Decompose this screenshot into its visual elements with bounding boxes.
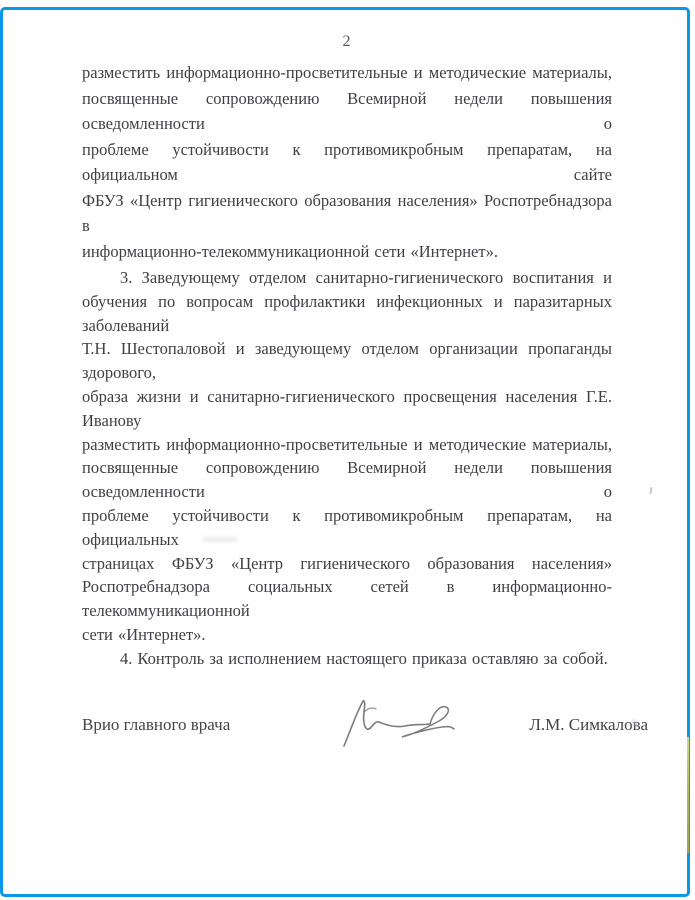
text-line: разместить информационно-просветительные… bbox=[82, 60, 612, 86]
text-line: 3. Заведующему отделом санитарно-гигиени… bbox=[82, 266, 612, 290]
text-line: образа жизни и санитарно-гигиенического … bbox=[82, 385, 612, 433]
text-line: страницах ФБУЗ «Центр гигиенического обр… bbox=[82, 552, 612, 576]
page-number: 2 bbox=[82, 30, 612, 54]
signer-name: Л.М. Симкалова bbox=[529, 714, 648, 736]
scanned-document-page: 2 разместить информационно-просветительн… bbox=[0, 0, 695, 900]
scan-smudge bbox=[203, 537, 237, 542]
text-line: посвященные сопровождению Всемирной неде… bbox=[82, 456, 612, 504]
paragraph-point-2-continuation: разместить информационно-просветительные… bbox=[82, 60, 612, 264]
text-line: обучения по вопросам профилактики инфекц… bbox=[82, 290, 612, 338]
text-line: сети «Интернет». bbox=[82, 623, 612, 647]
signature-block: Врио главного врача Л.М. Симкалова bbox=[82, 714, 648, 736]
text-line: разместить информационно-просветительные… bbox=[82, 433, 612, 457]
scan-edge-artifact-yellow-streak bbox=[687, 737, 689, 853]
handwritten-signature-icon bbox=[340, 696, 460, 748]
text-line: 4. Контроль за исполнением настоящего пр… bbox=[82, 647, 612, 671]
text-line: ФБУЗ «Центр гигиенического образования н… bbox=[82, 188, 612, 239]
scan-speck bbox=[650, 487, 653, 494]
paragraph-point-4: 4. Контроль за исполнением настоящего пр… bbox=[82, 647, 612, 671]
text-line: Роспотребнадзора социальных сетей в инфо… bbox=[82, 575, 612, 623]
text-line: проблеме устойчивости к противомикробным… bbox=[82, 137, 612, 188]
document-content: 2 разместить информационно-просветительн… bbox=[82, 30, 612, 736]
signer-title: Врио главного врача bbox=[82, 714, 230, 736]
paragraph-point-3: 3. Заведующему отделом санитарно-гигиени… bbox=[82, 266, 612, 647]
text-line: посвященные сопровождению Всемирной неде… bbox=[82, 86, 612, 137]
text-line: Т.Н. Шестопаловой и заведующему отделом … bbox=[82, 337, 612, 385]
text-line: проблеме устойчивости к противомикробным… bbox=[82, 504, 612, 552]
text-line: информационно-телекоммуникационной сети … bbox=[82, 239, 612, 265]
scan-speck bbox=[631, 720, 638, 726]
